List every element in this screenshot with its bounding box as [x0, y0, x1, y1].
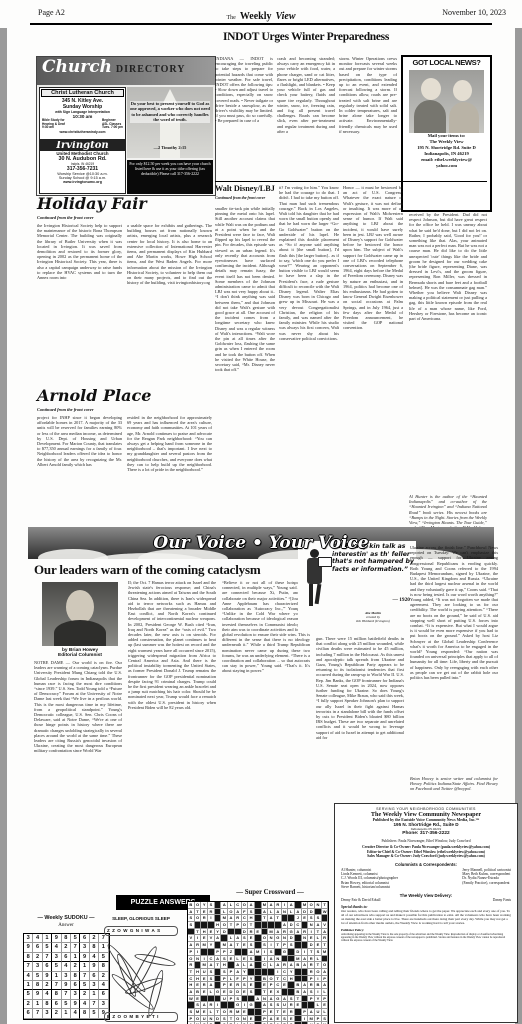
- wordsearch-answer: ZZOWGNIWAS EZOOMBYETI: [104, 926, 180, 1022]
- continued-note: Continued from the front cover: [37, 215, 94, 220]
- columnists-left-list: Al Hunter, columnist Linda Kennett, colu…: [341, 868, 398, 890]
- newspaper-page: Page A2 The Weekly View November 10, 202…: [0, 0, 522, 1024]
- page-edge-left: [0, 28, 7, 1024]
- holiday-column-1: the Irvington Historical Society help to…: [37, 223, 122, 385]
- church-name: Christ Lutheran Church: [41, 89, 124, 97]
- got-news-title: GOT LOCAL NEWS?: [403, 58, 490, 67]
- masthead-staff-line: Sales Manager & Co-Owner: Judy Crawford …: [335, 854, 517, 858]
- wordsearch-title: SLEEP, GLORIOUS SLEEP: [100, 916, 182, 921]
- child-face: [453, 80, 472, 101]
- holiday-fair-title: Holiday Fair: [37, 194, 147, 213]
- cartoon-leg: [315, 584, 322, 604]
- masthead-phone: Phone: 317-356-2222: [335, 831, 517, 836]
- indot-column-1: INDIANA — INDOT is encouraging the trave…: [215, 56, 273, 180]
- our-voice-banner: Our Voice • Your Voice: [28, 527, 494, 559]
- page-number: Page A2: [38, 8, 65, 17]
- disney-column-2: it? I'm voting for him.” You know he had…: [279, 185, 339, 545]
- bible-study-block: Bible Study forHearing & Deaf9:30 am: [42, 119, 65, 130]
- header-rule: [30, 23, 492, 25]
- section-rule: [215, 181, 487, 182]
- indot-column-2: crash and becoming stranded; always carr…: [277, 56, 335, 180]
- wordsearch-top-letters: ZZOWGNIWAS: [107, 928, 163, 933]
- delivery-name: Denny Fair & David Edsall: [341, 898, 381, 902]
- sudoku-title: — Weekly SUDOKU —: [20, 915, 112, 921]
- crossword-title: — Super Crossword —: [200, 889, 340, 896]
- columnist-face: [66, 590, 94, 624]
- masthead-view: View: [275, 11, 295, 22]
- cartoon-leg: [309, 584, 313, 606]
- listing-promo: For only $12.50 per week you can have yo…: [127, 160, 213, 194]
- arnold-column-2: resided in the neighborhood for approxim…: [127, 415, 212, 545]
- arnold-place-title: Arnold Place: [37, 386, 151, 405]
- policy-text: Advertising appearing in the Weekly View…: [335, 933, 517, 943]
- columnists-right-list: Jerry Mannell, political cartoonist Mary…: [462, 868, 511, 890]
- arnold-column-1: project for INHP since it began developi…: [37, 415, 122, 545]
- disney-column-3: Honor — it must be bestowed by an act of…: [343, 185, 403, 545]
- sudoku-subtitle: Answer: [20, 923, 112, 928]
- church-url: www.christlutheranindy.com: [40, 130, 125, 134]
- masthead-publishers: Publishers: Paula Nicewanger, Ethel Wins…: [335, 839, 517, 843]
- crossword-answer-grid: BOYSALCOAMARIAMONTATERLOAFSALANLADDWSORI…: [187, 901, 329, 1024]
- columnist-shoulders: [54, 620, 106, 646]
- delivery-name: Danny Fants: [493, 898, 511, 902]
- byline-title: Editorial Columnist: [42, 653, 118, 658]
- verse-text: Do your best to present yourself to God …: [130, 101, 210, 123]
- masthead-info-box: SERVING YOUR NEIGHBORHOOD COMMUNITIES Th…: [334, 803, 518, 1023]
- masthead-the: The: [226, 15, 235, 21]
- disney-column-1: smaller tie-tack pin while initially pin…: [215, 206, 275, 545]
- church-listing-irvington-umc: Irvington United Methodist Church 30 N. …: [39, 140, 126, 194]
- brian-howey-photo: [42, 582, 118, 646]
- asl-class-block: BeginnerASL ClassesTues. 7:00 pm: [102, 119, 123, 130]
- disney-column-4: received by the President. Dad did not r…: [409, 212, 487, 492]
- editorial-column-c: “Believe it or not all of these hotspots…: [222, 580, 310, 892]
- sudoku-answer-grid: 3419856279654273818273619457365421984591…: [23, 933, 110, 1020]
- child-face: [421, 78, 441, 100]
- issue-date: November 10, 2023: [390, 8, 506, 17]
- editorial-tagline: Brian Howey is senior writer and columni…: [410, 776, 498, 800]
- got-news-mailing-info: Mail your items to: The Weekly View 195 …: [403, 133, 490, 169]
- church-url: www.irvingtonumc.org: [40, 180, 125, 184]
- editorial-column-e: Ukraine across the finish line.” Punchbo…: [410, 545, 498, 775]
- steeple-photo: Do your best to present yourself to God …: [127, 87, 213, 158]
- got-local-news-ad: GOT LOCAL NEWS? Mail your items to: The …: [401, 55, 492, 212]
- indot-column-3: storm. Winter Operations crews monitor f…: [339, 56, 397, 180]
- church-directory-ad: Church DIRECTORY Christ Lutheran Church …: [36, 56, 216, 196]
- church-directory-header: Church DIRECTORY: [37, 57, 215, 85]
- thanks-text: Our readers, who have been calling and t…: [335, 909, 517, 925]
- newspaper-masthead: The Weekly View: [180, 6, 342, 24]
- kids-whispering-photo: [409, 70, 484, 133]
- editorial-column-d: gun. There were 15 million battlefield d…: [316, 636, 404, 798]
- answer-oval: [146, 969, 166, 1017]
- continued-note: Continued from the front cover: [37, 407, 94, 412]
- church-name: Irvington: [40, 141, 125, 151]
- editorial-column-a: NOTRE DAME — Our world is on fire. Our l…: [34, 660, 122, 892]
- disney-headline: Walt Disney/LBJ: [215, 184, 279, 193]
- columnists-header: Columnists & Correspondents:: [335, 862, 517, 867]
- editorial-byline: by Brian Howey Editorial Columnist: [42, 648, 118, 659]
- child-body: [414, 100, 446, 133]
- continued-note: Continued from the front cover: [215, 196, 265, 200]
- editorial-column-b: II; the Oct. 7 Hamas terror attack on Is…: [128, 580, 216, 892]
- child-body: [449, 102, 479, 133]
- church-title-caps: DIRECTORY: [116, 64, 186, 75]
- masthead-title: The Weekly View Community Newspaper: [335, 811, 517, 818]
- our-voice-banner-text: Our Voice • Your Voice: [28, 527, 494, 559]
- wordsearch-bottom-letters: EZOOMBYETI: [107, 1014, 161, 1019]
- masthead-weekly: Weekly: [240, 11, 272, 22]
- holiday-column-2: a usable space for exhibits and gatherin…: [127, 223, 212, 385]
- verse-reference: —2 Timothy 2:15: [130, 145, 210, 150]
- indot-headline: INDOT Urges Winter Preparedness: [215, 31, 397, 43]
- pull-quote-year: — 1920: [332, 597, 410, 603]
- pull-quote-attribution: Abe Martin created by Kin Hubbard (Irvin…: [338, 611, 408, 623]
- church-title-script: Church: [42, 57, 112, 77]
- mail-line: yahoo.com: [403, 163, 490, 169]
- church-listing-christ-lutheran: Christ Lutheran Church 345 N. Kitley Ave…: [39, 87, 126, 140]
